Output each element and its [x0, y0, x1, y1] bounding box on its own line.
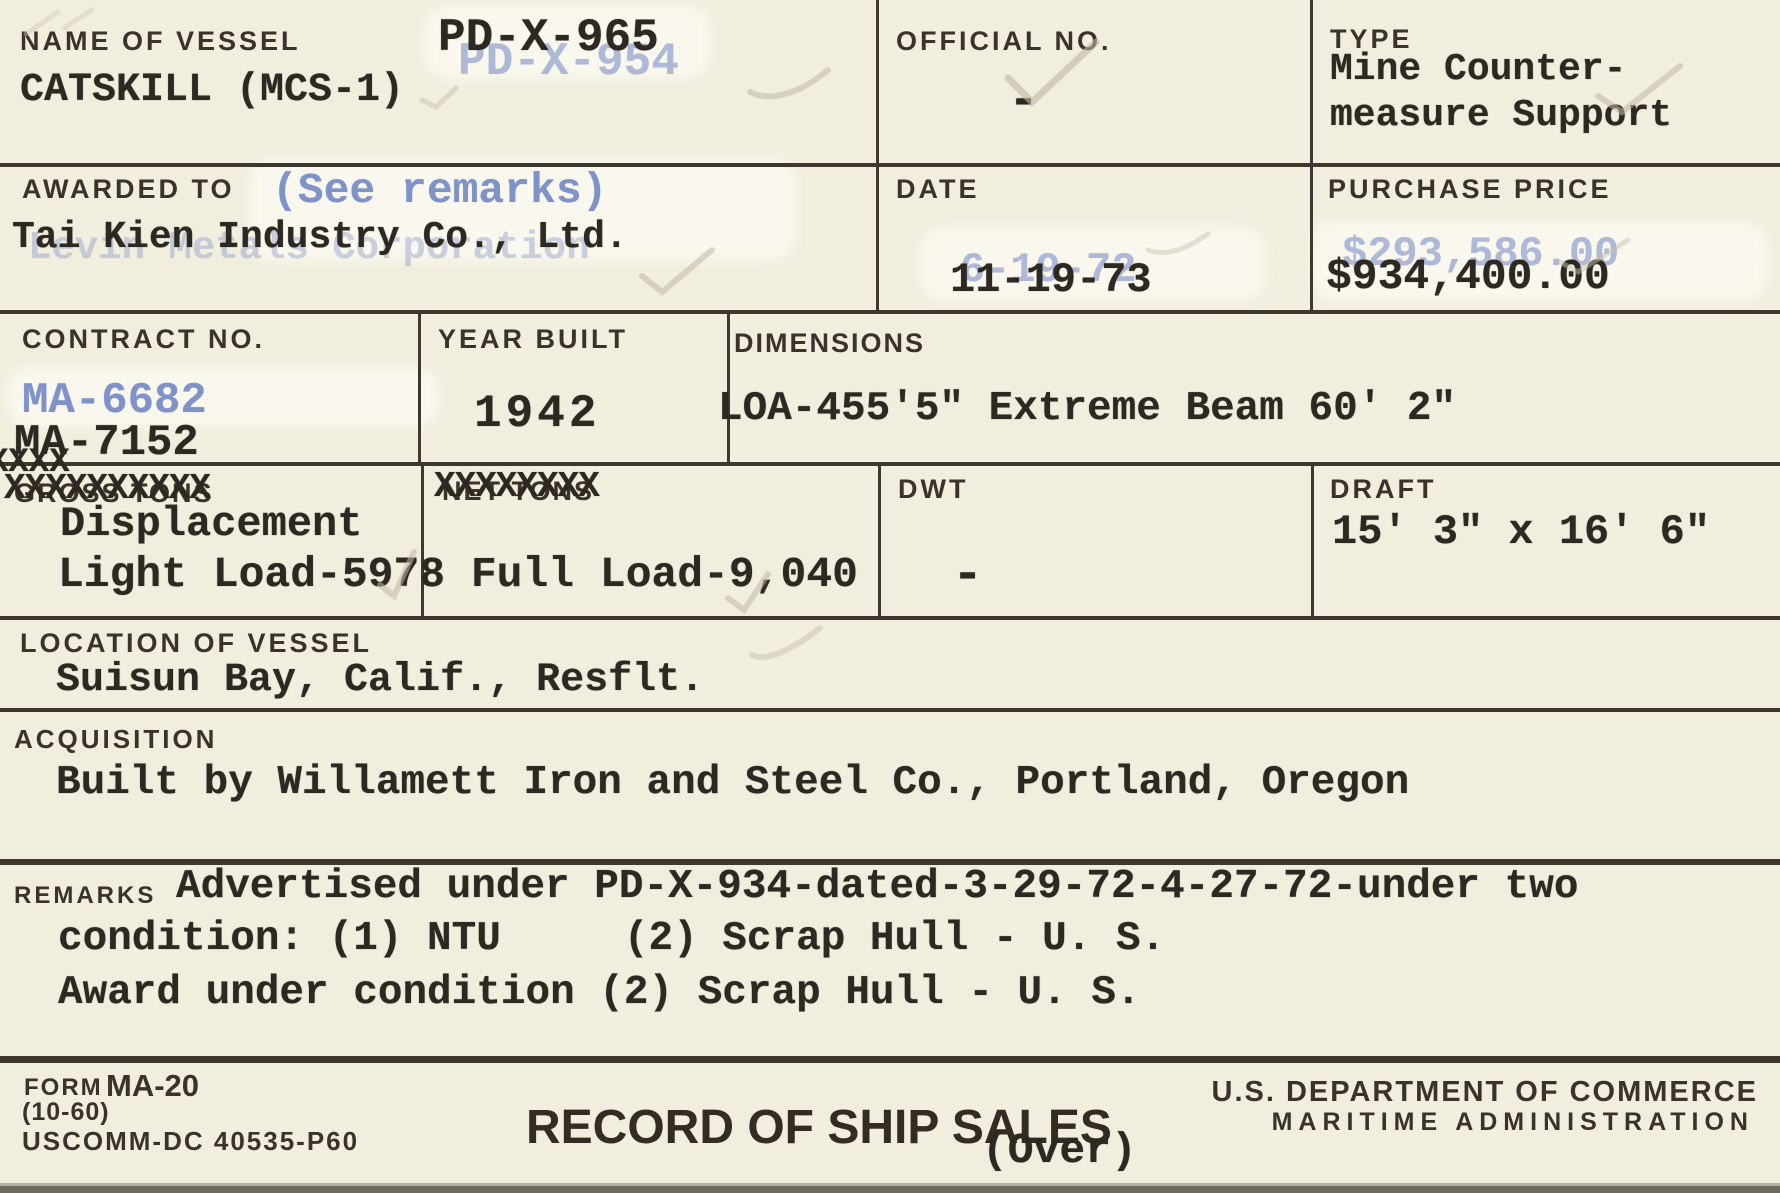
remarks-line2: condition: (1) NTU (2) Scrap Hull - U. S… [58, 916, 1165, 962]
grid-line-vertical [1310, 0, 1313, 312]
location-of-vessel-value: Suisun Bay, Calif., Resflt. [56, 658, 704, 703]
draft-label: DRAFT [1330, 474, 1436, 505]
card-bottom-edge [0, 1186, 1780, 1193]
official-no-label: OFFICIAL NO. [896, 26, 1112, 57]
remarks-line3: Award under condition (2) Scrap Hull - U… [58, 970, 1141, 1016]
displacement-line1: Displacement [60, 500, 362, 548]
date-value: 11-19-73 [950, 256, 1152, 304]
draft-value: 15' 3" x 16' 6" [1332, 508, 1710, 556]
pencil-checkmark [750, 70, 828, 96]
grid-line-horizontal [0, 163, 1780, 167]
location-of-vessel-label: LOCATION OF VESSEL [20, 628, 372, 659]
acquisition-label: ACQUISITION [14, 724, 217, 755]
official-no-value: - [1008, 72, 1039, 131]
type-value-line2: measure Support [1330, 94, 1672, 137]
agency-subname: MARITIME ADMINISTRATION [1272, 1108, 1754, 1137]
dimensions-value: LOA-455'5" Extreme Beam 60' 2" [718, 386, 1456, 432]
agency-name: U.S. DEPARTMENT OF COMMERCE [1212, 1076, 1758, 1109]
grid-line-horizontal [0, 1056, 1780, 1063]
remarks-label: REMARKS [14, 882, 156, 910]
awarded-to-value: Tai Kien Industry Co., Ltd. [12, 216, 628, 259]
record-of-ship-sales-card: NAME OF VESSEL PD-X-954 PD-X-965 CATSKIL… [0, 0, 1780, 1193]
grid-line-horizontal [0, 462, 1780, 466]
grid-line-vertical [878, 462, 881, 618]
contract-no-label: CONTRACT NO. [22, 324, 265, 355]
form-print-code: USCOMM-DC 40535-P60 [22, 1126, 359, 1157]
pencil-checkmark [752, 628, 820, 657]
grid-line-vertical [1311, 462, 1314, 618]
year-built-label: YEAR BUILT [438, 324, 628, 355]
awarded-to-label: AWARDED TO [22, 174, 235, 205]
type-value-line1: Mine Counter- [1330, 48, 1626, 91]
stamp-number: PD-X-965 [438, 12, 659, 64]
grid-line-horizontal [0, 310, 1780, 314]
grid-line-horizontal [0, 708, 1780, 712]
remarks-line1: Advertised under PD-X-934-dated-3-29-72-… [176, 864, 1578, 910]
grid-line-vertical [876, 0, 879, 312]
acquisition-value: Built by Willamett Iron and Steel Co., P… [56, 760, 1409, 806]
purchase-price-value: $934,400.00 [1326, 252, 1610, 301]
dwt-value: - [952, 546, 983, 605]
see-remarks-note: (See remarks) [272, 166, 607, 215]
gross-tons-strikeout-above: XXXX [0, 444, 70, 482]
net-tons-strikeout: XXXXXXXX [434, 466, 599, 507]
dimensions-label: DIMENSIONS [734, 328, 925, 359]
year-built-value: 1942 [474, 388, 600, 440]
purchase-price-label: PURCHASE PRICE [1328, 174, 1612, 205]
displacement-line2: Light Load-5978 Full Load-9,040 [58, 550, 858, 599]
grid-line-vertical [418, 310, 421, 464]
form-revision: (10-60) [22, 1098, 110, 1127]
form-number: MA-20 [106, 1068, 199, 1104]
name-of-vessel-label: NAME OF VESSEL [20, 26, 301, 57]
over-note: (Over) [982, 1126, 1137, 1175]
date-label: DATE [896, 174, 980, 205]
vessel-name-value: CATSKILL (MCS-1) [20, 68, 404, 113]
pencil-checkmark [422, 88, 456, 107]
grid-line-horizontal [0, 616, 1780, 620]
dwt-label: DWT [898, 474, 968, 505]
